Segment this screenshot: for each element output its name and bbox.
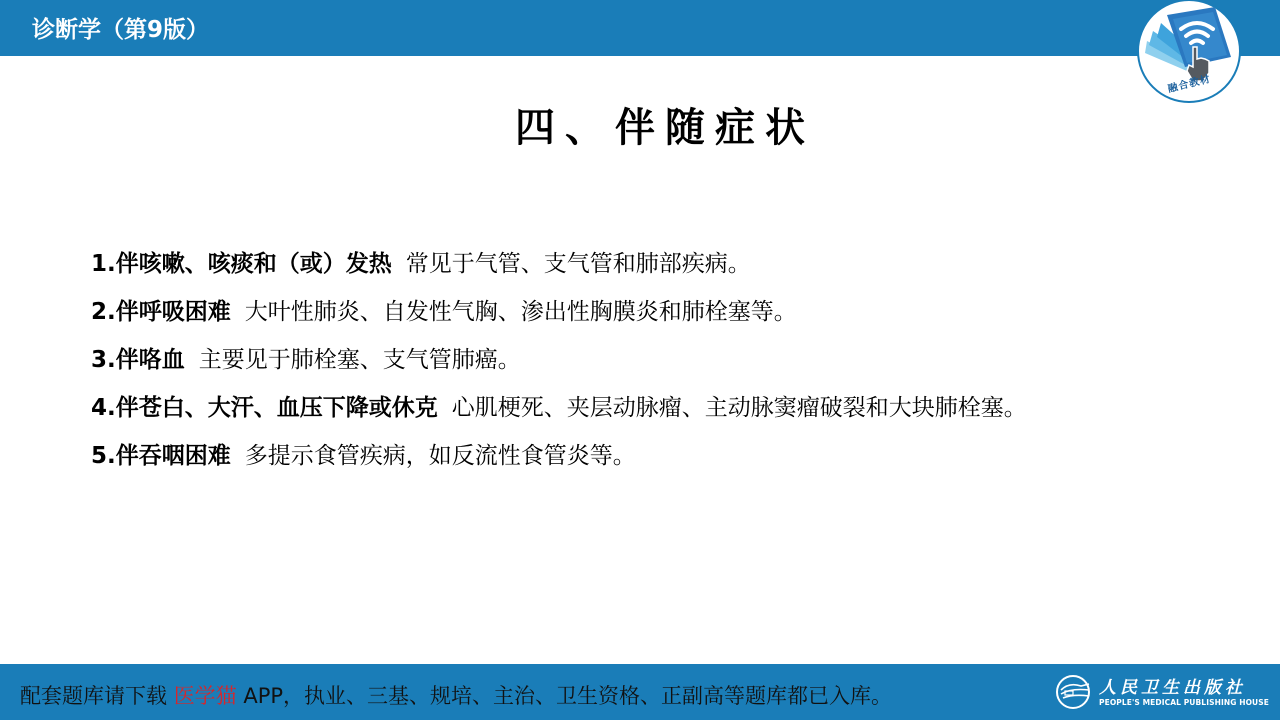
- item-number: 5.: [91, 443, 116, 469]
- footer-prefix: 配套题库请下载: [20, 684, 174, 708]
- list-item: 1.伴咳嗽、咳痰和（或）发热常见于气管、支气管和肺部疾病。: [91, 252, 1241, 276]
- footer-suffix: APP，执业、三基、规培、主治、卫生资格、正副高等题库都已入库。: [237, 684, 892, 708]
- slide: 诊断学（第9版） 融合教材 四、伴随症状 1.伴咳嗽、咳痰和（或）发热常见于气管…: [0, 0, 1280, 720]
- item-heading: 伴咳嗽、咳痰和（或）发热: [116, 251, 392, 277]
- footer-bar: 配套题库请下载 医学猫 APP，执业、三基、规培、主治、卫生资格、正副高等题库都…: [0, 664, 1280, 720]
- item-number: 3.: [91, 347, 116, 373]
- item-number: 2.: [91, 299, 116, 325]
- item-heading: 伴呼吸困难: [116, 299, 231, 325]
- publisher-name-en: PEOPLE'S MEDICAL PUBLISHING HOUSE: [1099, 698, 1269, 707]
- publisher-emblem-icon: [1055, 674, 1093, 710]
- list-item: 2.伴呼吸困难大叶性肺炎、自发性气胸、渗出性胸膜炎和肺栓塞等。: [91, 300, 1241, 324]
- item-heading: 伴咯血: [116, 347, 185, 373]
- header-bar: 诊断学（第9版）: [0, 0, 1280, 56]
- symptom-list: 1.伴咳嗽、咳痰和（或）发热常见于气管、支气管和肺部疾病。 2.伴呼吸困难大叶性…: [91, 252, 1241, 492]
- publisher-logo: 人民卫生出版社 PEOPLE'S MEDICAL PUBLISHING HOUS…: [1053, 670, 1273, 714]
- item-description: 心肌梗死、夹层动脉瘤、主动脉窦瘤破裂和大块肺栓塞。: [452, 395, 1027, 421]
- item-number: 4.: [91, 395, 116, 421]
- item-description: 多提示食管疾病，如反流性食管炎等。: [245, 443, 636, 469]
- item-number: 1.: [91, 251, 116, 277]
- app-name-link[interactable]: 医学猫: [174, 684, 237, 708]
- publisher-name-cn: 人民卫生出版社: [1099, 673, 1246, 698]
- list-item: 3.伴咯血主要见于肺栓塞、支气管肺癌。: [91, 348, 1241, 372]
- item-description: 常见于气管、支气管和肺部疾病。: [406, 251, 751, 277]
- item-heading: 伴吞咽困难: [116, 443, 231, 469]
- item-heading: 伴苍白、大汗、血压下降或休克: [116, 395, 438, 421]
- list-item: 4.伴苍白、大汗、血压下降或休克心肌梗死、夹层动脉瘤、主动脉窦瘤破裂和大块肺栓塞…: [91, 396, 1241, 420]
- book-title: 诊断学（第9版）: [32, 11, 209, 44]
- slide-title: 四、伴随症状: [0, 96, 1280, 153]
- fusion-textbook-badge: 融合教材: [1137, 0, 1241, 103]
- item-description: 主要见于肺栓塞、支气管肺癌。: [199, 347, 521, 373]
- list-item: 5.伴吞咽困难多提示食管疾病，如反流性食管炎等。: [91, 444, 1241, 468]
- item-description: 大叶性肺炎、自发性气胸、渗出性胸膜炎和肺栓塞等。: [245, 299, 797, 325]
- footer-notice: 配套题库请下载 医学猫 APP，执业、三基、规培、主治、卫生资格、正副高等题库都…: [20, 680, 892, 710]
